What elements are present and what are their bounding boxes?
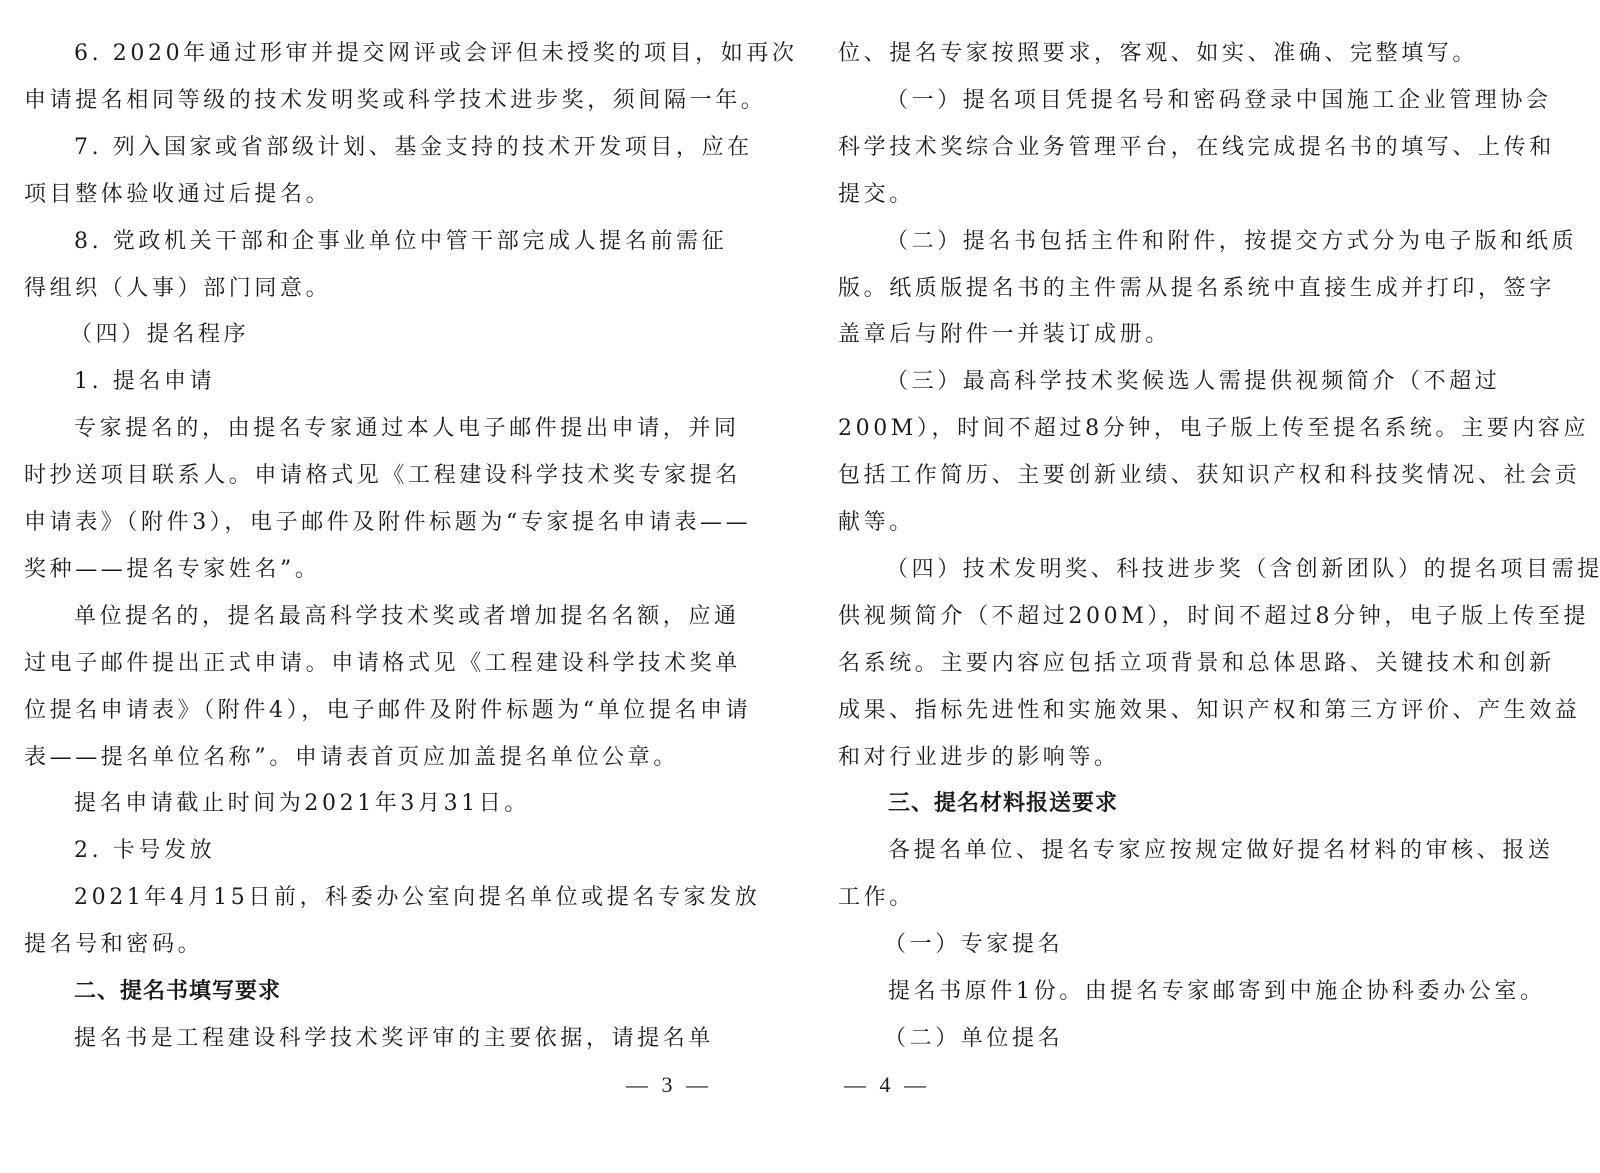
paragraph-line: 供视频简介（不超过200M），时间不超过8分钟，电子版上传至提 xyxy=(838,599,1589,635)
item-heading: 2. 卡号发放 xyxy=(74,833,215,869)
paragraph-line: 提名号和密码。 xyxy=(24,927,203,963)
page-number: — 3 — xyxy=(626,1070,712,1100)
paragraph-line: 各提名单位、提名专家应按规定做好提名材料的审核、报送 xyxy=(888,833,1554,869)
paragraph-line: 成果、指标先进性和实施效果、知识产权和第三方评价、产生效益 xyxy=(838,693,1580,729)
paragraph-line: 6. 2020年通过形审并提交网评或会评但未授奖的项目，如再次 xyxy=(74,36,798,72)
paragraph-line: 提名申请截止时间为2021年3月31日。 xyxy=(74,786,530,822)
paragraph-line: 提名书原件1份。由提名专家邮寄到中施企协科委办公室。 xyxy=(888,974,1546,1010)
item-heading: 1. 提名申请 xyxy=(74,364,215,400)
page-4: 位、提名专家按照要求，客观、如实、准确、完整填写。 （一）提名项目凭提名号和密码… xyxy=(800,0,1600,1173)
paragraph-line: 和对行业进步的影响等。 xyxy=(838,740,1120,776)
paragraph-line: 过电子邮件提出正式申请。申请格式见《工程建设科学技术奖单 xyxy=(24,646,741,682)
section-heading: 二、提名书填写要求 xyxy=(74,974,281,1010)
paragraph-line: （二）提名书包括主件和附件，按提交方式分为电子版和纸质 xyxy=(886,224,1577,260)
paragraph-line: 7. 列入国家或省部级计划、基金支持的技术开发项目，应在 xyxy=(74,130,753,166)
paragraph-line: 名系统。主要内容应包括立项背景和总体思路、关键技术和创新 xyxy=(838,646,1555,682)
paragraph-line: 得组织（人事）部门同意。 xyxy=(24,271,331,307)
paragraph-line: （四）技术发明奖、科技进步奖（含创新团队）的提名项目需提 xyxy=(886,552,1600,588)
paragraph-line: 项目整体验收通过后提名。 xyxy=(24,177,331,213)
paragraph-line: 位提名申请表》（附件4），电子邮件及附件标题为“单位提名申请 xyxy=(24,693,751,729)
page-3: 6. 2020年通过形审并提交网评或会评但未授奖的项目，如再次 申请提名相同等级… xyxy=(0,0,800,1173)
paragraph-line: 献等。 xyxy=(838,505,915,541)
paragraph-line: 时抄送项目联系人。申请格式见《工程建设科学技术奖专家提名 xyxy=(24,458,741,494)
section-heading: 三、提名材料报送要求 xyxy=(888,786,1118,822)
paragraph-line: 专家提名的，由提名专家通过本人电子邮件提出申请，并同 xyxy=(74,411,740,447)
paragraph-line: 表——提名单位名称”。申请表首页应加盖提名单位公章。 xyxy=(24,740,679,776)
paragraph-line: 8. 党政机关干部和企事业单位中管干部完成人提名前需征 xyxy=(74,224,727,260)
paragraph-line: 申请提名相同等级的技术发明奖或科学技术进步奖，须间隔一年。 xyxy=(24,83,766,119)
paragraph-line: 工作。 xyxy=(838,880,915,916)
paragraph-line: 200M），时间不超过8分钟，电子版上传至提名系统。主要内容应 xyxy=(838,411,1589,447)
paragraph-line: （一）提名项目凭提名号和密码登录中国施工企业管理协会 xyxy=(886,83,1552,119)
paragraph-line: 提交。 xyxy=(838,177,915,213)
page-number: — 4 — xyxy=(844,1070,930,1100)
paragraph-line: 申请表》（附件3），电子邮件及附件标题为“专家提名申请表—— xyxy=(24,505,751,541)
paragraph-line: 提名书是工程建设科学技术奖评审的主要依据，请提名单 xyxy=(74,1021,714,1057)
paragraph-line: 盖章后与附件一并装订成册。 xyxy=(838,317,1171,353)
paragraph-line: （三）最高科学技术奖候选人需提供视频简介（不超过 xyxy=(886,364,1500,400)
paragraph-line: 位、提名专家按照要求，客观、如实、准确、完整填写。 xyxy=(838,36,1478,72)
paragraph-line: 2021年4月15日前，科委办公室向提名单位或提名专家发放 xyxy=(74,880,760,916)
paragraph-line: 版。纸质版提名书的主件需从提名系统中直接生成并打印，签字 xyxy=(838,271,1555,307)
paragraph-line: 奖种——提名专家姓名”。 xyxy=(24,552,320,588)
paragraph-line: 单位提名的，提名最高科学技术奖或者增加提名名额，应通 xyxy=(74,599,740,635)
paragraph-line: 包括工作简历、主要创新业绩、获知识产权和科技奖情况、社会贡 xyxy=(838,458,1580,494)
subsection-heading: （二）单位提名 xyxy=(884,1021,1063,1057)
paragraph-line: 科学技术奖综合业务管理平台，在线完成提名书的填写、上传和 xyxy=(838,130,1555,166)
subsection-heading: （一）专家提名 xyxy=(884,927,1063,963)
subsection-heading: （四）提名程序 xyxy=(70,317,249,353)
